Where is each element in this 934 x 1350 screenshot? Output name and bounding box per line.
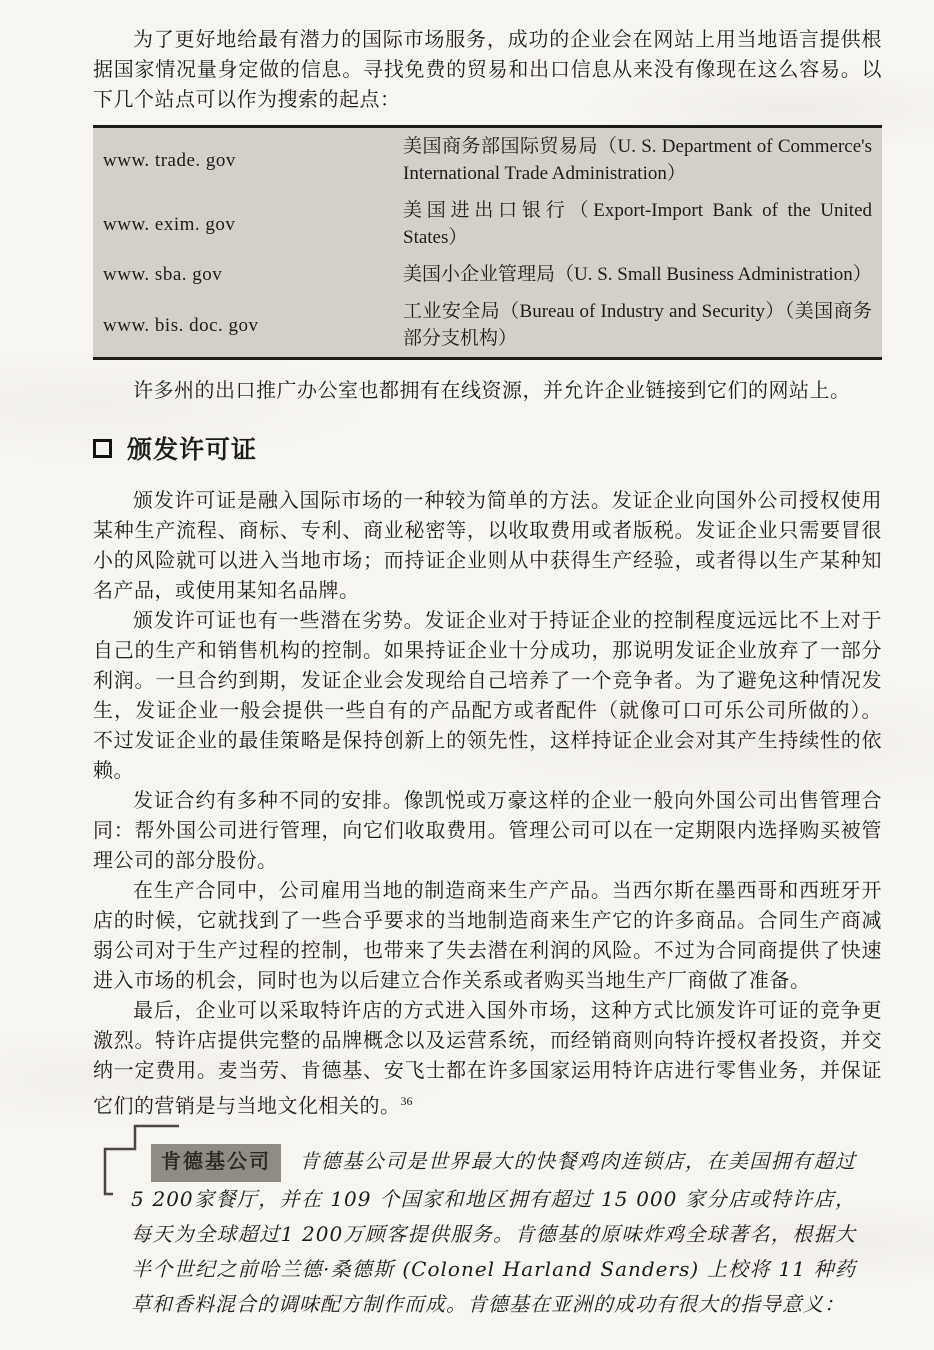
- table-row: www. exim. gov 美国进出口银行（Export-Import Ban…: [93, 192, 882, 256]
- section-final-paragraph: 最后，企业可以采取特许店的方式进入国外市场，这种方式比颁发许可证的竞争更激烈。特…: [93, 996, 882, 1122]
- case-study-paragraph: 肯德基公司肯德基公司是世界最大的快餐鸡肉连锁店，在美国拥有超过5 200家餐厅，…: [131, 1144, 856, 1322]
- section-heading-label: 颁发许可证: [127, 430, 257, 466]
- resource-description: 美国进出口银行（Export-Import Bank of the United…: [393, 192, 882, 256]
- section-paragraph: 在生产合同中，公司雇用当地的制造商来生产产品。当西尔斯在墨西哥和西班牙开店的时候…: [93, 876, 882, 996]
- textbook-page: 为了更好地给最有潜力的国际市场服务，成功的企业会在网站上用当地语言提供根据国家情…: [0, 0, 934, 1322]
- intro-paragraph: 为了更好地给最有潜力的国际市场服务，成功的企业会在网站上用当地语言提供根据国家情…: [93, 25, 882, 115]
- section-paragraph: 发证合约有多种不同的安排。像凯悦或万豪这样的企业一般向外国公司出售管理合同：帮外…: [93, 786, 882, 876]
- case-study-label-badge: 肯德基公司: [151, 1144, 281, 1182]
- after-table-paragraph: 许多州的出口推广办公室也都拥有在线资源，并允许企业链接到它们的网站上。: [93, 376, 882, 406]
- resource-description: 美国商务部国际贸易局（U. S. Department of Commerce'…: [393, 127, 882, 193]
- resource-table: www. trade. gov 美国商务部国际贸易局（U. S. Departm…: [93, 125, 882, 360]
- resource-url: www. sba. gov: [93, 256, 393, 293]
- section-paragraph: 颁发许可证也有一些潜在劣势。发证企业对于持证企业的控制程度远远比不上对于自己的生…: [93, 606, 882, 786]
- section-paragraph: 颁发许可证是融入国际市场的一种较为简单的方法。发证企业向国外公司授权使用某种生产…: [93, 486, 882, 606]
- resource-url: www. trade. gov: [93, 127, 393, 193]
- final-paragraph-text: 最后，企业可以采取特许店的方式进入国外市场，这种方式比颁发许可证的竞争更激烈。特…: [93, 1000, 882, 1118]
- square-bullet-icon: [93, 439, 112, 458]
- resource-url: www. exim. gov: [93, 192, 393, 256]
- footnote-marker: 36: [401, 1094, 413, 1108]
- case-study-box: 肯德基公司肯德基公司是世界最大的快餐鸡肉连锁店，在美国拥有超过5 200家餐厅，…: [131, 1144, 856, 1322]
- table-row: www. trade. gov 美国商务部国际贸易局（U. S. Departm…: [93, 127, 882, 193]
- resource-description: 美国小企业管理局（U. S. Small Business Administra…: [393, 256, 882, 293]
- table-row: www. bis. doc. gov 工业安全局（Bureau of Indus…: [93, 293, 882, 359]
- table-row: www. sba. gov 美国小企业管理局（U. S. Small Busin…: [93, 256, 882, 293]
- section-heading: 颁发许可证: [93, 430, 882, 466]
- resource-description: 工业安全局（Bureau of Industry and Security）（美…: [393, 293, 882, 359]
- resource-url: www. bis. doc. gov: [93, 293, 393, 359]
